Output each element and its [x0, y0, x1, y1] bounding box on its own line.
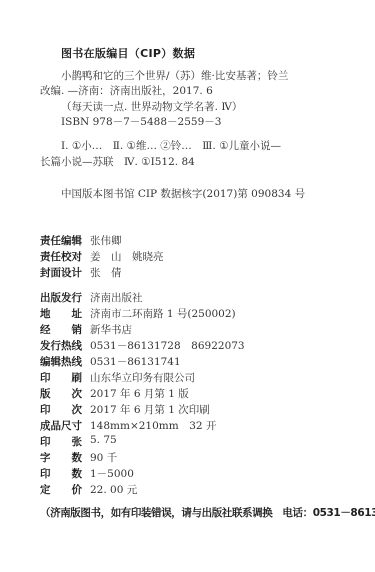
- cip-line-series: （每天读一点. 世界动物文学名著. Ⅳ）: [61, 99, 242, 114]
- publication-label: 印 数: [40, 466, 88, 481]
- publication-label: 出版发行: [40, 290, 88, 305]
- publication-value: 5. 75: [90, 434, 117, 449]
- publication-value: 济南出版社: [90, 290, 143, 305]
- publication-value: 2017 年 6 月第 1 次印刷: [90, 402, 210, 417]
- publication-label: 版 次: [40, 386, 88, 401]
- publication-row: 经 销 新华书店: [40, 322, 132, 337]
- credit-row: 封面设计 张 倩: [40, 265, 122, 280]
- publication-value: 0531－86131728 86922073: [90, 338, 245, 353]
- cip-line-classification-1: Ⅰ. ①小… Ⅱ. ①维… ②铃… Ⅲ. ①儿童小说—: [61, 138, 281, 153]
- publication-label: 成品尺寸: [40, 418, 88, 433]
- publication-label: 编辑热线: [40, 354, 88, 369]
- publication-row: 编辑热线 0531－86131741: [40, 354, 181, 369]
- publication-row: 印 数 1－5000: [40, 466, 134, 481]
- publication-label: 印 张: [40, 434, 88, 449]
- cip-line-isbn: ISBN 978－7－5488－2559－3: [61, 114, 221, 129]
- publication-row: 印 张 5. 75: [40, 434, 117, 449]
- publication-value: 0531－86131741: [90, 354, 181, 369]
- publication-value: 22. 00 元: [90, 482, 137, 497]
- publication-row: 地 址 济南市二环南路 1 号(250002): [40, 306, 236, 321]
- cip-line-classification-2: 长篇小说—苏联 Ⅳ. ①I512. 84: [40, 154, 195, 169]
- publication-label: 印 次: [40, 402, 88, 417]
- cip-verification-number: 中国版本图书馆 CIP 数据核字(2017)第 090834 号: [61, 186, 305, 201]
- publication-label: 经 销: [40, 322, 88, 337]
- publication-row: 出版发行 济南出版社: [40, 290, 143, 305]
- publication-row: 印 刷 山东华立印务有限公司: [40, 370, 195, 385]
- credit-label: 责任编辑: [40, 233, 88, 248]
- publication-row: 印 次 2017 年 6 月第 1 次印刷: [40, 402, 210, 417]
- publication-row: 发行热线 0531－86131728 86922073: [40, 338, 245, 353]
- replacement-notice: （济南版图书，如有印装错误，请与出版社联系调换 电话：0531－86131736…: [40, 505, 375, 520]
- publication-label: 字 数: [40, 450, 88, 465]
- publication-value: 新华书店: [90, 322, 132, 337]
- publication-label: 地 址: [40, 306, 88, 321]
- credit-row: 责任编辑 张伟卿: [40, 233, 122, 248]
- publication-value: 148mm×210mm 32 开: [90, 418, 216, 433]
- cip-line-publisher: 改编. —济南：济南出版社，2017. 6: [40, 83, 213, 98]
- copyright-page: 图书在版编目（CIP）数据 小鹊鸭和它的三个世界/（苏）维·比安基著；铃兰 改编…: [0, 0, 375, 572]
- cip-line-title: 小鹊鸭和它的三个世界/（苏）维·比安基著；铃兰: [61, 68, 288, 83]
- publication-value: 2017 年 6 月第 1 版: [90, 386, 189, 401]
- publication-value: 济南市二环南路 1 号(250002): [90, 306, 236, 321]
- publication-row: 字 数 90 千: [40, 450, 117, 465]
- publication-row: 定 价 22. 00 元: [40, 482, 137, 497]
- publication-row: 成品尺寸 148mm×210mm 32 开: [40, 418, 216, 433]
- publication-label: 定 价: [40, 482, 88, 497]
- credit-value: 姜 山 姚晓亮: [90, 249, 164, 264]
- publication-label: 印 刷: [40, 370, 88, 385]
- publication-value: 90 千: [90, 450, 117, 465]
- credit-value: 张伟卿: [90, 233, 122, 248]
- credit-label: 责任校对: [40, 249, 88, 264]
- credit-row: 责任校对 姜 山 姚晓亮: [40, 249, 164, 264]
- publication-value: 山东华立印务有限公司: [90, 370, 195, 385]
- cip-title: 图书在版编目（CIP）数据: [61, 45, 195, 61]
- publication-value: 1－5000: [90, 466, 134, 481]
- publication-label: 发行热线: [40, 338, 88, 353]
- credit-value: 张 倩: [90, 265, 122, 280]
- credit-label: 封面设计: [40, 265, 88, 280]
- publication-row: 版 次 2017 年 6 月第 1 版: [40, 386, 189, 401]
